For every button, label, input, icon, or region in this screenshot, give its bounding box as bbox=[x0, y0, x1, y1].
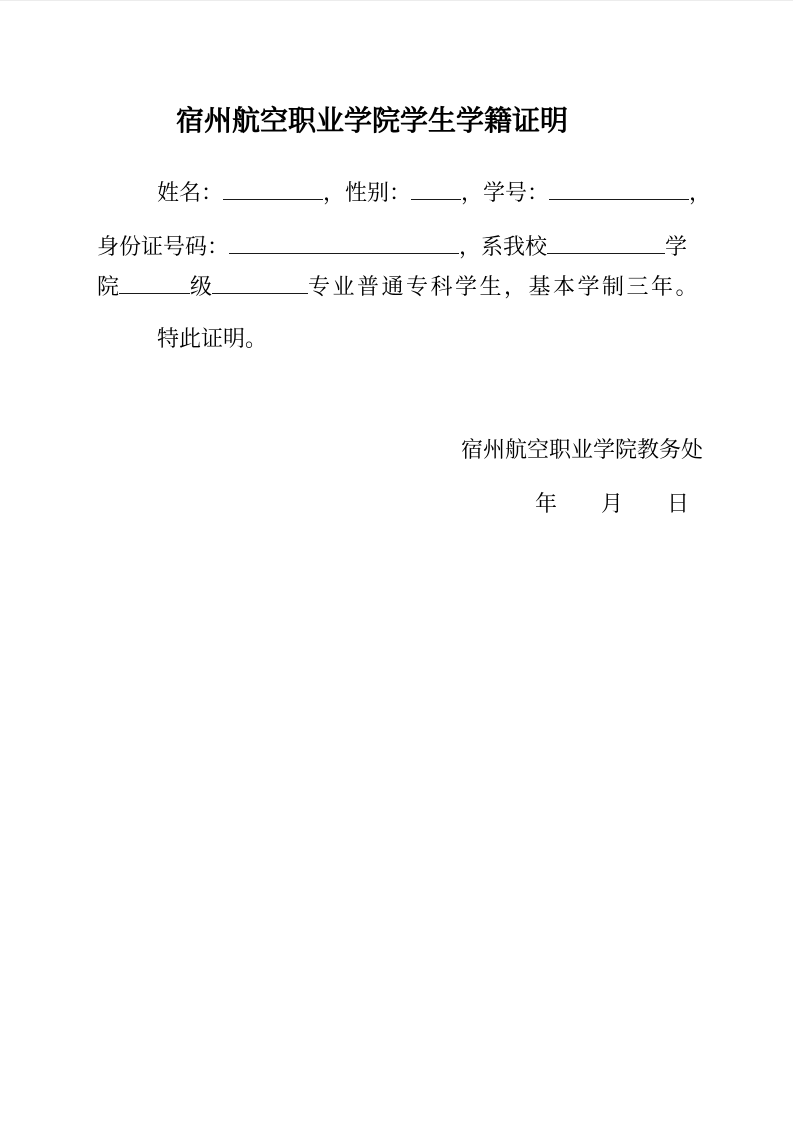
body-line-2: 身份证号码：，系我校学 bbox=[97, 227, 703, 267]
date-line: 年 月 日 bbox=[97, 484, 703, 524]
closing-statement: 特此证明。 bbox=[97, 319, 703, 359]
grade-label: 级 bbox=[190, 274, 212, 299]
major-blank-field[interactable] bbox=[212, 271, 308, 294]
line1-trailing-comma: ， bbox=[689, 180, 711, 205]
student-id-blank-field[interactable] bbox=[549, 177, 689, 200]
school-blank-field[interactable] bbox=[547, 231, 665, 254]
gender-blank-field[interactable] bbox=[411, 177, 461, 200]
id-number-label: 身份证号码： bbox=[97, 234, 229, 259]
id-number-blank-field[interactable] bbox=[229, 231, 459, 254]
name-label: 姓名： bbox=[157, 180, 223, 205]
document-title: 宿州航空职业学院学生学籍证明 bbox=[97, 1, 647, 143]
body-line-1: 姓名：，性别：，学号：， bbox=[97, 173, 703, 213]
line3-end-text: 专业普通专科学生，基本学制三年。 bbox=[308, 274, 700, 299]
body-line-3: 院级专业普通专科学生，基本学制三年。 bbox=[97, 267, 703, 307]
grade-blank-field[interactable] bbox=[119, 271, 190, 294]
line2-end-char: 学 bbox=[665, 234, 687, 259]
student-id-label: ，学号： bbox=[461, 180, 549, 205]
document-content: 宿州航空职业学院学生学籍证明 姓名：，性别：，学号：， 身份证号码：，系我校学 … bbox=[0, 1, 793, 524]
gender-label: ，性别： bbox=[323, 180, 411, 205]
document-page: 宿州航空职业学院学生学籍证明 姓名：，性别：，学号：， 身份证号码：，系我校学 … bbox=[0, 0, 793, 1122]
school-label: ，系我校 bbox=[459, 234, 547, 259]
issuer-name: 宿州航空职业学院教务处 bbox=[97, 430, 703, 470]
line3-start-char: 院 bbox=[97, 274, 119, 299]
name-blank-field[interactable] bbox=[223, 177, 323, 200]
